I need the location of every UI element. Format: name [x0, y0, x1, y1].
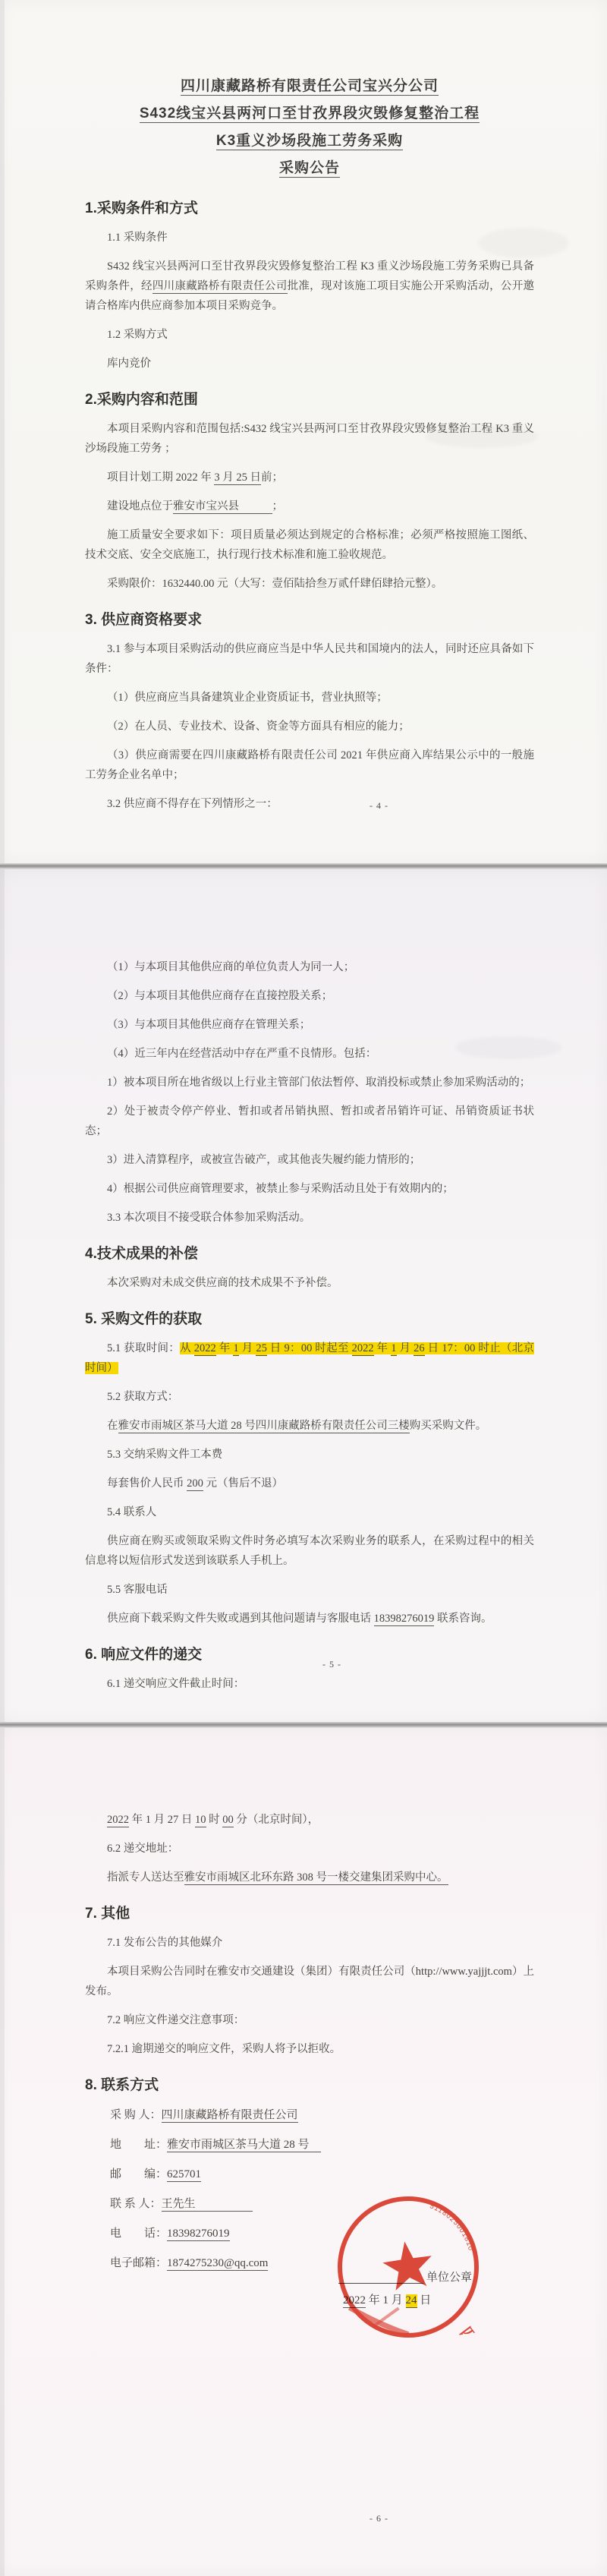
text-run: 3.3 本次项目不接受联合体参加采购活动。	[107, 1212, 310, 1224]
text-run: 邮 编：	[110, 2168, 167, 2180]
paragraph: （2）在人员、专业技术、设备、资金等方面具有相应的能力；	[85, 717, 534, 736]
paragraph: 7.1 发布公告的其他媒介	[85, 1933, 534, 1953]
text-run: 地 址：	[110, 2139, 167, 2151]
text-run: 1.1 采购条件	[107, 232, 168, 244]
paragraph: 每套售价人民币 200 元（售后不退）	[85, 1474, 534, 1493]
svg-text:5118025001810: 5118025001810	[427, 2197, 475, 2257]
paragraph: 地 址：雅安市雨城区茶马大道 28 号	[85, 2135, 534, 2155]
paragraph: 3）进入清算程序，或被宣告破产，或其他丧失履约能力情形的；	[85, 1150, 534, 1170]
page-3-content: 2022 年 1 月 27 日 10 时 00 分（北京时间），6.2 递交地址…	[0, 1728, 607, 2273]
section-heading: 7. 其他	[85, 1904, 534, 1924]
text-run: 3.2 供应商不得存在下列情形之一：	[107, 798, 278, 810]
paragraph: 5.4 联系人	[85, 1502, 534, 1522]
text-run: 8. 联系方式	[85, 2077, 159, 2093]
text-run: 6.2 递交地址：	[107, 1843, 178, 1855]
text-run: 前；	[261, 471, 283, 484]
paragraph: 指派专人送达至雅安市雨城区北环东路 308 号一楼交建集团采购中心。	[85, 1868, 534, 1887]
text-run: 施工质量安全要求如下：项目质量必须达到规定的合格标准；必须严格按照施工图纸、技术…	[85, 529, 534, 561]
text-run: 5.5 客服电话	[107, 1584, 168, 1596]
section-heading: 8. 联系方式	[85, 2076, 534, 2095]
text-run: 1	[233, 1342, 238, 1356]
text-run: 每套售价人民币	[107, 1477, 187, 1490]
text-run: 26	[414, 1342, 425, 1356]
text-run: （3）与本项目其他供应商存在管理关系；	[107, 1019, 310, 1031]
paragraph: 5.2 获取方式：	[85, 1387, 534, 1407]
paragraph: 3.3 本次项目不接受联合体参加采购活动。	[85, 1208, 534, 1228]
text-run: 雅安市雨城区茶马大道 28 号	[167, 2139, 321, 2152]
text-run: （1）供应商应当具备建筑业企业资质证书，营业执照等；	[107, 692, 388, 704]
paragraph: （2）与本项目其他供应商存在直接控股关系；	[85, 986, 534, 1006]
paragraph: 库内竞价	[85, 354, 534, 374]
paragraph: 5.1 获取时间：从 2022 年 1 月 25 日 9：00 时起至 2022…	[85, 1338, 534, 1378]
text-run: 1874275230@qq.com	[167, 2257, 268, 2271]
paragraph: 1.2 采购方式	[85, 325, 534, 345]
text-run: 本项目采购公告同时在雅安市交通建设（集团）有限责任公司（http://www.y…	[85, 1966, 534, 1997]
scan-artifact	[478, 228, 569, 258]
text-run: 四川康藏路桥有限责任公司	[162, 2109, 298, 2123]
page-separator	[0, 863, 607, 869]
text-run: 从	[180, 1342, 194, 1354]
scan-artifact	[425, 425, 539, 448]
text-run: 18398276019	[374, 1613, 435, 1626]
text-run: 3.1 参与本项目采购活动的供应商应当是中华人民共和国境内的法人，同时还应具备如…	[85, 643, 534, 675]
document-title-line: 四川康藏路桥有限责任公司宝兴分公司	[85, 73, 534, 100]
text-run: 7. 其他	[85, 1906, 130, 1922]
text-run: 年	[216, 1342, 234, 1354]
paragraph: 5.5 客服电话	[85, 1580, 534, 1600]
page-number: - 5 -	[322, 1659, 341, 1670]
text-run: 雅安市宝兴县	[173, 500, 272, 514]
paragraph: 7.2.1 逾期递交的响应文件，采购人将予以拒收。	[85, 2039, 534, 2059]
text-run: ；	[272, 500, 284, 512]
paragraph: 2022 年 1 月 27 日 10 时 00 分（北京时间），	[85, 1810, 534, 1830]
text-run: （2）与本项目其他供应商存在直接控股关系；	[107, 990, 332, 1002]
title-text: 四川康藏路桥有限责任公司宝兴分公司	[181, 78, 439, 96]
text-run: （2）在人员、专业技术、设备、资金等方面具有相应的能力；	[107, 720, 410, 733]
page-separator	[0, 1722, 607, 1728]
text-run: 3 月 25 日	[214, 471, 261, 485]
page-2-content: （1）与本项目其他供应商的单位负责人为同一人；（2）与本项目其他供应商存在直接控…	[0, 869, 607, 1694]
paragraph: 采购限价：1632440.00 元（大写：壹佰陆拾叁万贰仟肆佰肆拾元整）。	[85, 574, 534, 594]
paragraph: （1）与本项目其他供应商的单位负责人为同一人；	[85, 957, 534, 977]
text-run: 雅安市雨城区北环东路 308 号一楼交建集团采购中心。	[184, 1871, 448, 1885]
text-run: 5.4 联系人	[107, 1506, 156, 1518]
paragraph: 1）被本项目所在地省级以上行业主管部门依法暂停、取消投标或禁止参加采购活动的；	[85, 1073, 534, 1093]
scan-artifact	[455, 1036, 561, 1059]
company-seal-stamp: 四川康藏路桥有限责任公司 5118025001810	[324, 2183, 492, 2351]
text-run: 建设地点位于	[107, 500, 173, 512]
page-3: 2022 年 1 月 27 日 10 时 00 分（北京时间），6.2 递交地址…	[0, 1728, 607, 2576]
text-run: 4.技术成果的补偿	[85, 1246, 198, 1262]
seal-code-text: 5118025001810	[427, 2197, 475, 2257]
document-title-line: S432线宝兴县两河口至甘孜界段灾毁修复整治工程	[85, 100, 534, 128]
text-run: 3）进入清算程序，或被宣告破产，或其他丧失履约能力情形的；	[107, 1154, 420, 1166]
text-run: 在	[107, 1420, 118, 1432]
paragraph: 6.2 递交地址：	[85, 1839, 534, 1859]
text-run: 王先生	[162, 2198, 253, 2212]
text-run: 供应商下载采购文件失败或遇到其他问题请与客服电话	[107, 1613, 374, 1625]
text-run: 月	[397, 1342, 414, 1354]
text-run: （4）近三年内在经营活动中存在严重不良情形。包括：	[107, 1048, 376, 1060]
text-run: 6.1 递交响应文件截止时间：	[107, 1678, 244, 1690]
text-run: 200	[187, 1477, 203, 1491]
text-run: 7.2.1 逾期递交的响应文件，采购人将予以拒收。	[107, 2043, 341, 2055]
text-run: 元（售后不退）	[203, 1477, 283, 1490]
text-run: 电子邮箱：	[110, 2257, 167, 2269]
section-heading: 1.采购条件和方式	[85, 199, 534, 219]
page-1: 四川康藏路桥有限责任公司宝兴分公司S432线宝兴县两河口至甘孜界段灾毁修复整治工…	[0, 0, 607, 863]
section-heading: 2.采购内容和范围	[85, 390, 534, 410]
paragraph: 供应商下载采购文件失败或遇到其他问题请与客服电话 18398276019 联系咨…	[85, 1609, 534, 1629]
title-text: 采购公告	[279, 160, 340, 178]
text-run: 库内竞价	[107, 358, 151, 370]
text-run: 5.2 获取方式：	[107, 1391, 178, 1403]
text-run: 本次采购对未成交供应商的技术成果不予补偿。	[107, 1277, 338, 1289]
section-heading: 3. 供应商资格要求	[85, 610, 534, 630]
text-run: 2）处于被责令停产停业、暂扣或者吊销执照、暂扣或者吊销许可证、吊销资质证书状态；	[85, 1105, 534, 1137]
paragraph: 供应商在购买或领取采购文件时务必填写本次采购业务的联系人，在采购过程中的相关信息…	[85, 1531, 534, 1571]
scanned-document: 四川康藏路桥有限责任公司宝兴分公司S432线宝兴县两河口至甘孜界段灾毁修复整治工…	[0, 0, 607, 2576]
paragraph: S432 线宝兴县两河口至甘孜界段灾毁修复整治工程 K3 重义沙场段施工劳务采购…	[85, 257, 534, 316]
text-run: 供应商在购买或领取采购文件时务必填写本次采购业务的联系人，在采购过程中的相关信息…	[85, 1535, 534, 1567]
text-run: 项目计划工期 2022 年	[107, 471, 214, 484]
text-run: 年	[374, 1342, 392, 1354]
scan-edge-shadow	[0, 869, 5, 1722]
section-heading: 6. 响应文件的递交	[85, 1645, 534, 1665]
text-run: 2.采购内容和范围	[85, 392, 198, 408]
paragraph: 邮 编：625701	[85, 2165, 534, 2184]
text-run: 7.1 发布公告的其他媒介	[107, 1937, 222, 1949]
text-run: 时	[206, 1814, 223, 1826]
scan-edge-shadow	[0, 1728, 5, 2576]
scan-edge-shadow	[0, 0, 5, 863]
document-title-line: K3重义沙场段施工劳务采购	[85, 128, 534, 155]
text-run: 四川康藏路桥有限责任公司	[153, 280, 288, 294]
paragraph: 5.3 交纳采购文件工本费	[85, 1445, 534, 1465]
text-run: 18398276019	[167, 2228, 230, 2241]
section-heading: 4.技术成果的补偿	[85, 1244, 534, 1264]
text-run: 年 1 月 27 日	[129, 1814, 195, 1826]
text-run: 2022	[107, 1814, 129, 1827]
paragraph: 1.1 采购条件	[85, 228, 534, 248]
paragraph: 3.1 参与本项目采购活动的供应商应当是中华人民共和国境内的法人，同时还应具备如…	[85, 639, 534, 679]
title-text: S432线宝兴县两河口至甘孜界段灾毁修复整治工程	[140, 106, 480, 123]
text-run: 月	[239, 1342, 256, 1354]
text-run: 1	[391, 1342, 396, 1356]
text-run: 2022	[352, 1342, 374, 1356]
text-run: 联 系 人：	[110, 2198, 162, 2210]
text-run: （1）与本项目其他供应商的单位负责人为同一人；	[107, 961, 354, 973]
page-1-content: 四川康藏路桥有限责任公司宝兴分公司S432线宝兴县两河口至甘孜界段灾毁修复整治工…	[0, 0, 607, 814]
text-run: 6. 响应文件的递交	[85, 1647, 202, 1663]
text-run: 购买采购文件。	[410, 1420, 487, 1432]
text-run: 00	[222, 1814, 234, 1827]
paragraph: 7.2 响应文件递交注意事项：	[85, 2010, 534, 2030]
text-run: 5.1 获取时间：	[107, 1342, 180, 1354]
paragraph: （3）供应商需要在四川康藏路桥有限责任公司 2021 年供应商入库结果公示中的一…	[85, 746, 534, 785]
text-run: 1.采购条件和方式	[85, 200, 198, 216]
text-run: 5. 采购文件的获取	[85, 1311, 202, 1327]
text-run: 10	[195, 1814, 206, 1827]
paragraph: 2）处于被责令停产停业、暂扣或者吊销执照、暂扣或者吊销许可证、吊销资质证书状态；	[85, 1102, 534, 1141]
text-run: 2022	[194, 1342, 216, 1356]
text-run: 联系咨询。	[434, 1613, 492, 1625]
page-number: - 6 -	[370, 2513, 388, 2524]
text-run: 1）被本项目所在地省级以上行业主管部门依法暂停、取消投标或禁止参加采购活动的；	[107, 1077, 530, 1089]
text-run: 7.2 响应文件递交注意事项：	[107, 2014, 244, 2026]
text-run: 3. 供应商资格要求	[85, 612, 202, 628]
text-run: 分（北京时间），	[234, 1814, 319, 1826]
text-run: 采 购 人：	[110, 2109, 162, 2121]
paragraph: 施工质量安全要求如下：项目质量必须达到规定的合格标准；必须严格按照施工图纸、技术…	[85, 525, 534, 565]
text-run: 1.2 采购方式	[107, 329, 168, 341]
text-run: 指派专人送达至	[107, 1871, 184, 1884]
paragraph: 本次采购对未成交供应商的技术成果不予补偿。	[85, 1273, 534, 1293]
paragraph: 采 购 人：四川康藏路桥有限责任公司	[85, 2105, 534, 2125]
page-2: （1）与本项目其他供应商的单位负责人为同一人；（2）与本项目其他供应商存在直接控…	[0, 869, 607, 1722]
section-heading: 5. 采购文件的获取	[85, 1310, 534, 1329]
paragraph: 本项目采购公告同时在雅安市交通建设（集团）有限责任公司（http://www.y…	[85, 1962, 534, 2001]
text-run: 4）根据公司供应商管理要求，被禁止参与采购活动且处于有效期内的；	[107, 1183, 454, 1195]
text-run: 日 9：00 时起至	[267, 1342, 352, 1354]
text-run: 25	[256, 1342, 267, 1356]
text-run: 雅安市雨城区茶马大道 28 号四川康藏路桥有限责任公司三楼	[118, 1420, 410, 1433]
paragraph: 4）根据公司供应商管理要求，被禁止参与采购活动且处于有效期内的；	[85, 1179, 534, 1199]
document-title-line: 采购公告	[85, 155, 534, 182]
paragraph: 项目计划工期 2022 年 3 月 25 日前；	[85, 468, 534, 487]
paragraph: （3）与本项目其他供应商存在管理关系；	[85, 1015, 534, 1035]
paragraph: 建设地点位于雅安市宝兴县 ；	[85, 497, 534, 516]
text-run: （3）供应商需要在四川康藏路桥有限责任公司 2021 年供应商入库结果公示中的一…	[85, 749, 534, 781]
title-text: K3重义沙场段施工劳务采购	[216, 133, 403, 150]
star-icon	[380, 2238, 436, 2292]
seal-svg: 四川康藏路桥有限责任公司 5118025001810	[324, 2183, 492, 2351]
paragraph: 在雅安市雨城区茶马大道 28 号四川康藏路桥有限责任公司三楼购买采购文件。	[85, 1416, 534, 1436]
text-run: 625701	[167, 2168, 201, 2182]
page-number: - 4 -	[370, 800, 388, 812]
paragraph: 6.1 递交响应文件截止时间：	[85, 1674, 534, 1694]
paragraph: （1）供应商应当具备建筑业企业资质证书，营业执照等；	[85, 688, 534, 708]
text-run: 5.3 交纳采购文件工本费	[107, 1449, 222, 1461]
paragraph: 3.2 供应商不得存在下列情形之一：	[85, 794, 534, 814]
text-run: 电 话：	[110, 2228, 167, 2240]
text-run: 采购限价：1632440.00 元（大写：壹佰陆拾叁万贰仟肆佰肆拾元整）。	[107, 578, 442, 590]
